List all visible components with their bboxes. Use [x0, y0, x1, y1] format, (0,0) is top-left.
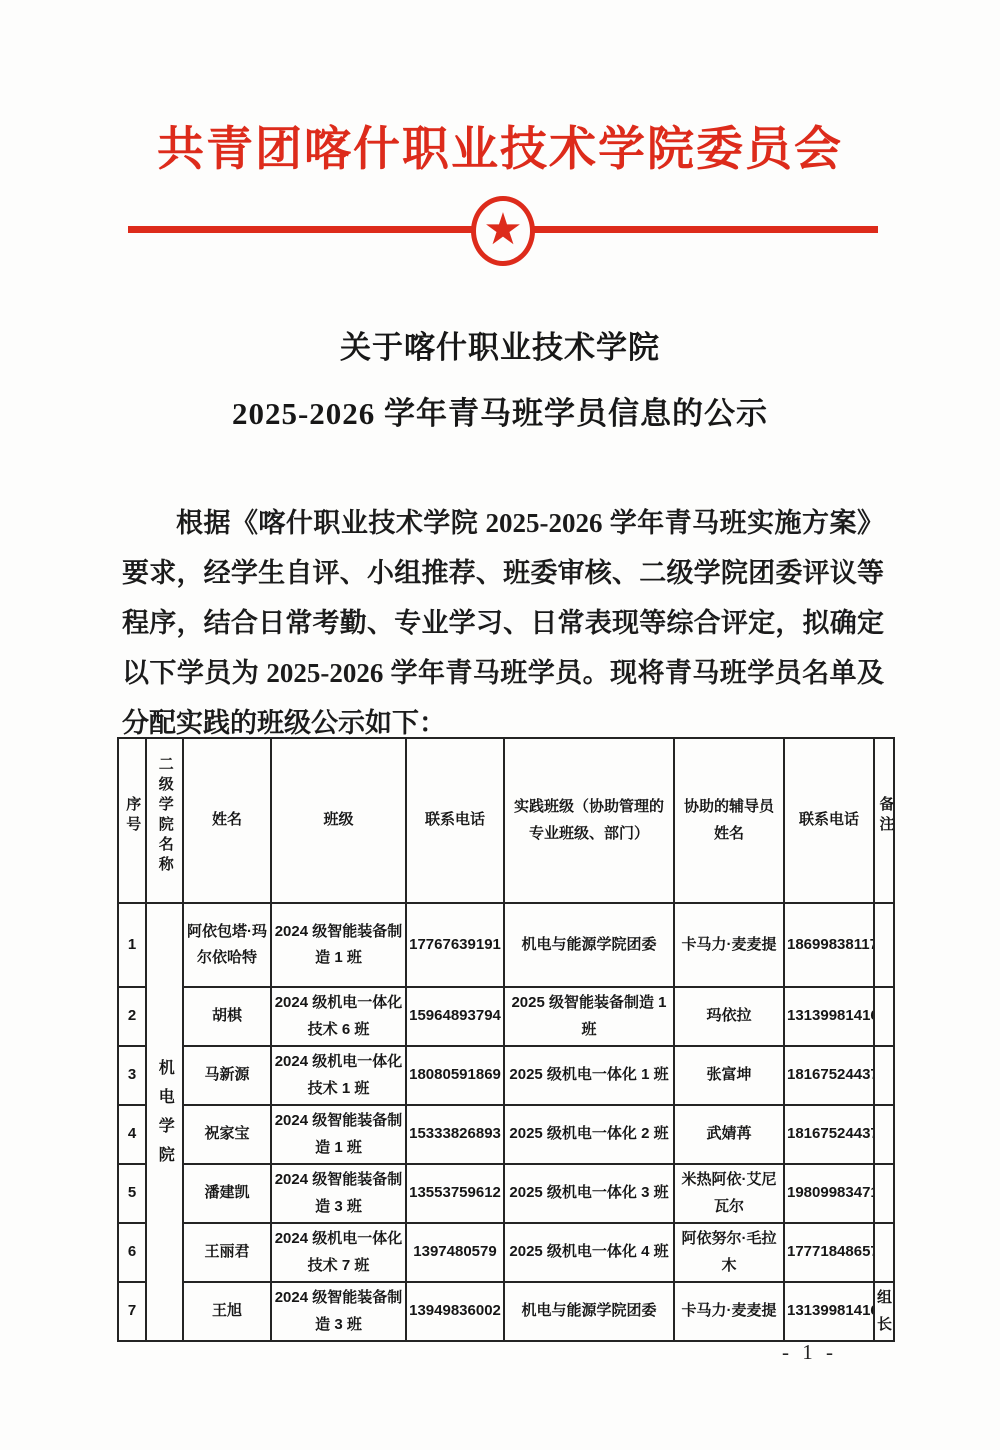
cell-name: 潘建凯 [183, 1164, 271, 1223]
header-counselor: 协助的辅导员姓名 [674, 738, 784, 903]
header-college-label: 二级学院名称 [156, 756, 173, 876]
document-page: 共青团喀什职业技术学院委员会 ★ 关于喀什职业技术学院 2025-2026 学年… [0, 0, 1000, 1450]
cell-counselor: 武婧苒 [674, 1105, 784, 1164]
document-title-line1: 关于喀什职业技术学院 [0, 322, 1000, 367]
cell-counselor: 阿依努尔·毛拉木 [674, 1223, 784, 1282]
header-college: 二级学院名称 [146, 738, 183, 903]
star-emblem-icon: ★ [471, 196, 535, 266]
cell-name: 王旭 [183, 1282, 271, 1341]
cell-phone: 13553759612 [406, 1164, 504, 1223]
cell-practice: 机电与能源学院团委 [504, 1282, 674, 1341]
cell-cls: 2024 级智能装备制造 3 班 [271, 1282, 406, 1341]
cell-no: 7 [118, 1282, 146, 1341]
table-row: 7王旭2024 级智能装备制造 3 班13949836002机电与能源学院团委卡… [118, 1282, 894, 1341]
cell-phone: 1397480579 [406, 1223, 504, 1282]
table-row: 3马新源2024 级机电一体化技术 1 班180805918692025 级机电… [118, 1046, 894, 1105]
cell-counselor_phone: 17771848657 [784, 1223, 874, 1282]
cell-cls: 2024 级智能装备制造 3 班 [271, 1164, 406, 1223]
letterhead-title: 共青团喀什职业技术学院委员会 [0, 112, 1000, 179]
header-counselor-phone: 联系电话 [784, 738, 874, 903]
cell-name: 胡棋 [183, 987, 271, 1046]
cell-cls: 2024 级智能装备制造 1 班 [271, 1105, 406, 1164]
cell-cls: 2024 级机电一体化技术 1 班 [271, 1046, 406, 1105]
body-paragraph: 根据《喀什职业技术学院 2025-2026 学年青马班实施方案》要求，经学生自评… [122, 498, 884, 748]
cell-phone: 15333826893 [406, 1105, 504, 1164]
cell-remark [874, 1223, 894, 1282]
cell-name: 祝家宝 [183, 1105, 271, 1164]
cell-no: 4 [118, 1105, 146, 1164]
cell-practice: 2025 级机电一体化 1 班 [504, 1046, 674, 1105]
cell-phone: 13949836002 [406, 1282, 504, 1341]
table-body: 1机电学院阿依包塔·玛尔依哈特2024 级智能装备制造 1 班177676391… [118, 903, 894, 1341]
header-phone: 联系电话 [406, 738, 504, 903]
cell-phone: 15964893794 [406, 987, 504, 1046]
cell-counselor_phone: 18699838117 [784, 903, 874, 987]
cell-remark [874, 1046, 894, 1105]
cell-remark [874, 987, 894, 1046]
cell-counselor: 卡马力·麦麦提 [674, 1282, 784, 1341]
cell-remark [874, 1105, 894, 1164]
cell-practice: 机电与能源学院团委 [504, 903, 674, 987]
cell-cls: 2024 级智能装备制造 1 班 [271, 903, 406, 987]
letterhead-rule: ★ [0, 196, 1000, 266]
header-name: 姓名 [183, 738, 271, 903]
cell-counselor_phone: 18167524437 [784, 1046, 874, 1105]
cell-practice: 2025 级机电一体化 3 班 [504, 1164, 674, 1223]
cell-counselor: 卡马力·麦麦提 [674, 903, 784, 987]
cell-no: 5 [118, 1164, 146, 1223]
table-row: 5潘建凯2024 级智能装备制造 3 班135537596122025 级机电一… [118, 1164, 894, 1223]
cell-counselor_phone: 13139981416 [784, 987, 874, 1046]
cell-counselor_phone: 19809983471 [784, 1164, 874, 1223]
header-remark: 备注 [874, 738, 894, 903]
cell-cls: 2024 级机电一体化技术 6 班 [271, 987, 406, 1046]
cell-remark [874, 1164, 894, 1223]
cell-name: 王丽君 [183, 1223, 271, 1282]
header-class: 班级 [271, 738, 406, 903]
cell-name: 阿依包塔·玛尔依哈特 [183, 903, 271, 987]
cell-no: 2 [118, 987, 146, 1046]
table-row: 2胡棋2024 级机电一体化技术 6 班159648937942025 级智能装… [118, 987, 894, 1046]
cell-counselor: 玛依拉 [674, 987, 784, 1046]
cell-counselor: 米热阿依·艾尼瓦尔 [674, 1164, 784, 1223]
cell-cls: 2024 级机电一体化技术 7 班 [271, 1223, 406, 1282]
cell-practice: 2025 级机电一体化 4 班 [504, 1223, 674, 1282]
table-row: 1机电学院阿依包塔·玛尔依哈特2024 级智能装备制造 1 班177676391… [118, 903, 894, 987]
table-row: 4祝家宝2024 级智能装备制造 1 班153338268932025 级机电一… [118, 1105, 894, 1164]
cell-no: 1 [118, 903, 146, 987]
table-header-row: 序号 二级学院名称 姓名 班级 联系电话 实践班级（协助管理的专业班级、部门） … [118, 738, 894, 903]
page-number: - 1 - [782, 1340, 837, 1365]
cell-phone: 17767639191 [406, 903, 504, 987]
cell-remark [874, 903, 894, 987]
cell-remark: 组长 [874, 1282, 894, 1341]
document-title-line2: 2025-2026 学年青马班学员信息的公示 [0, 388, 1000, 433]
cell-counselor_phone: 13139981416 [784, 1282, 874, 1341]
cell-name: 马新源 [183, 1046, 271, 1105]
cell-practice: 2025 级智能装备制造 1 班 [504, 987, 674, 1046]
header-no: 序号 [118, 738, 146, 903]
roster-table: 序号 二级学院名称 姓名 班级 联系电话 实践班级（协助管理的专业班级、部门） … [117, 737, 895, 1342]
header-no-label: 序号 [124, 796, 141, 836]
header-practice-class: 实践班级（协助管理的专业班级、部门） [504, 738, 674, 903]
header-remark-label: 备注 [877, 796, 894, 836]
cell-counselor: 张富坤 [674, 1046, 784, 1105]
table-row: 6王丽君2024 级机电一体化技术 7 班13974805792025 级机电一… [118, 1223, 894, 1282]
cell-college: 机电学院 [146, 903, 183, 1341]
star-icon: ★ [483, 208, 522, 252]
cell-phone: 18080591869 [406, 1046, 504, 1105]
cell-no: 6 [118, 1223, 146, 1282]
cell-no: 3 [118, 1046, 146, 1105]
cell-practice: 2025 级机电一体化 2 班 [504, 1105, 674, 1164]
cell-counselor_phone: 18167524437 [784, 1105, 874, 1164]
college-name-vertical: 机电学院 [156, 1059, 174, 1175]
